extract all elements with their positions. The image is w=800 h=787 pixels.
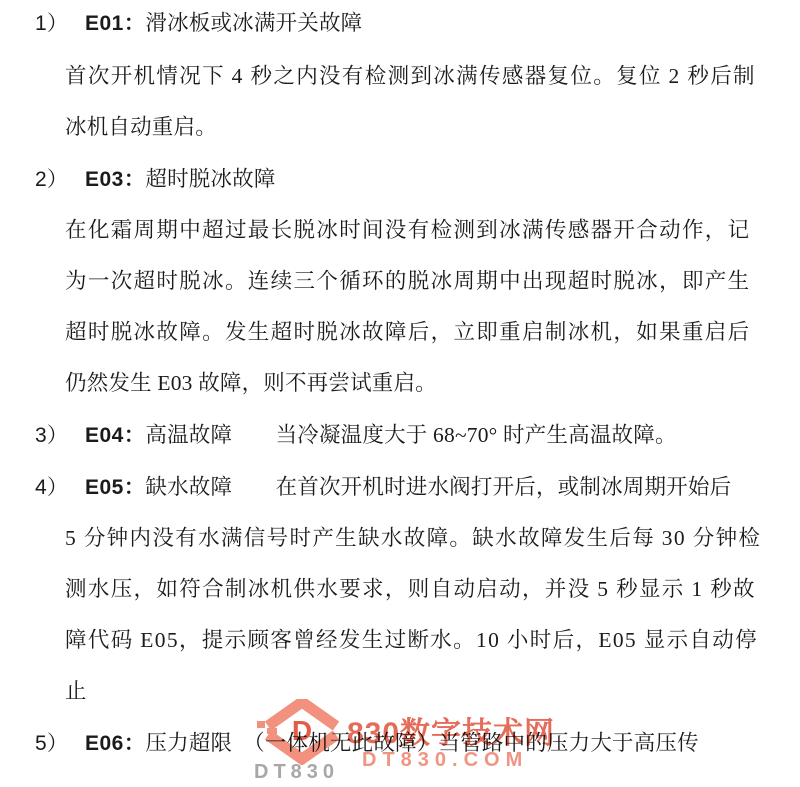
document-page: 1）E01：滑冰板或冰满开关故障 首次开机情况下 4 秒之内没有检测到冰满传感器… <box>0 0 800 787</box>
error-code: E05： <box>85 476 145 499</box>
paragraph-line: 为一次超时脱冰。连续三个循环的脱冰周期中出现超时脱冰，即产生 <box>65 268 777 294</box>
item-number: 3） <box>35 423 85 449</box>
paragraph-line: 障代码 E05，提示顾客曾经发生过断水。10 小时后，E05 显示自动停 <box>65 627 777 653</box>
item-title: 压力超限 （一体机无此故障）当管路中的压力大于高压传 <box>145 731 698 755</box>
error-code: E01： <box>85 12 145 35</box>
item-title: 滑冰板或冰满开关故障 <box>145 11 362 35</box>
list-item-1-heading: 1）E01：滑冰板或冰满开关故障 <box>35 10 747 37</box>
paragraph-line: 冰机自动重启。 <box>65 114 777 140</box>
paragraph-line: 5 分钟内没有水满信号时产生缺水故障。缺水故障发生后每 30 分钟检 <box>65 525 777 551</box>
item-number: 2） <box>35 167 85 193</box>
item-number: 1） <box>35 11 85 37</box>
item-title: 高温故障 当冷凝温度大于 68~70° 时产生高温故障。 <box>145 423 676 447</box>
paragraph-line: 止 <box>65 678 777 704</box>
item-title: 缺水故障 在首次开机时进水阀打开后，或制冰周期开始后 <box>145 475 731 499</box>
paragraph-line: 超时脱冰故障。发生超时脱冰故障后，立即重启制冰机，如果重启后 <box>65 319 777 345</box>
error-code: E04： <box>85 424 145 447</box>
error-code: E03： <box>85 168 145 191</box>
list-item-2-heading: 2）E03：超时脱冰故障 <box>35 166 747 193</box>
item-number: 4） <box>35 475 85 501</box>
list-item-3-heading: 3）E04：高温故障 当冷凝温度大于 68~70° 时产生高温故障。 <box>35 422 747 449</box>
paragraph-line: 首次开机情况下 4 秒之内没有检测到冰满传感器复位。复位 2 秒后制 <box>65 63 777 89</box>
paragraph-line: 仍然发生 E03 故障，则不再尝试重启。 <box>65 370 777 396</box>
paragraph-line: 在化霜周期中超过最长脱冰时间没有检测到冰满传感器开合动作，记 <box>65 217 777 243</box>
error-code: E06： <box>85 732 145 755</box>
list-item-5-heading: 5）E06：压力超限 （一体机无此故障）当管路中的压力大于高压传 <box>35 730 747 757</box>
item-title: 超时脱冰故障 <box>145 167 275 191</box>
paragraph-line: 测水压，如符合制冰机供水要求，则自动启动，并没 5 秒显示 1 秒故 <box>65 576 777 602</box>
list-item-4-heading: 4）E05：缺水故障 在首次开机时进水阀打开后，或制冰周期开始后 <box>35 474 747 501</box>
item-number: 5） <box>35 731 85 757</box>
